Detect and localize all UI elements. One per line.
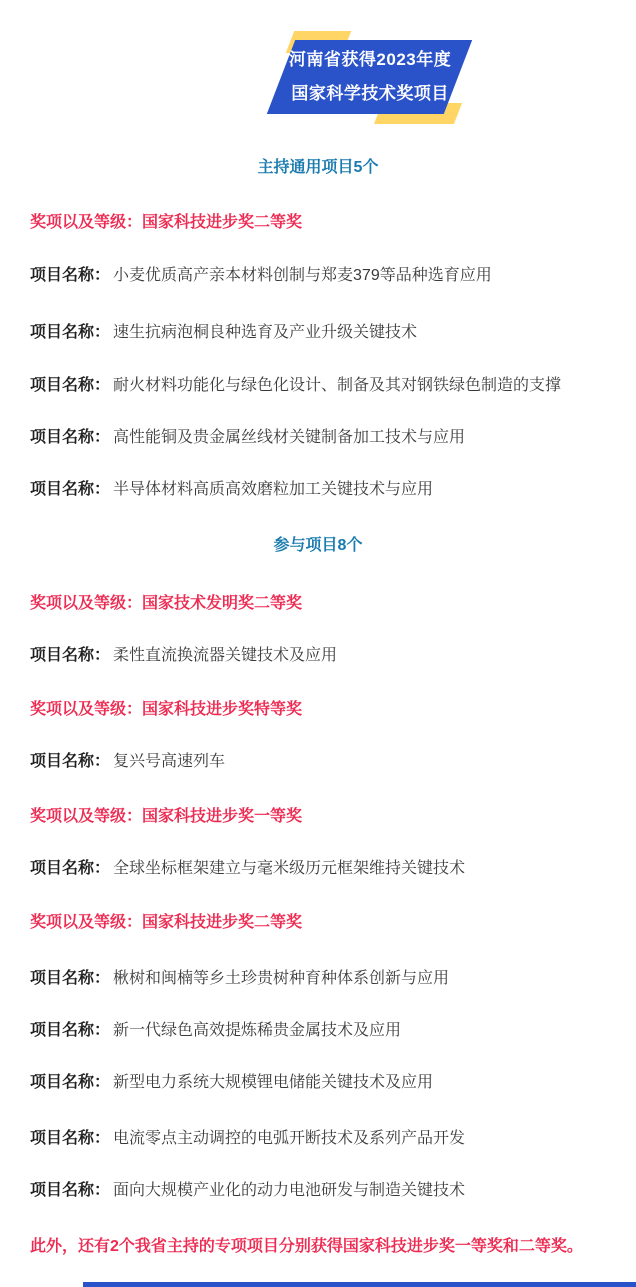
- article-page: { "colors": { "box_blue": "#2b53c9", "ac…: [0, 0, 636, 1287]
- project-label: 项目名称：: [30, 377, 113, 394]
- section1-heading: 主持通用项目5个: [0, 157, 636, 179]
- award-label: 奖项以及等级：: [30, 914, 142, 931]
- award-value: 国家科技进步奖特等奖: [142, 701, 302, 718]
- award-grade-line: 奖项以及等级：国家科技进步奖二等奖: [30, 212, 622, 234]
- project-label: 项目名称：: [30, 429, 113, 446]
- award-value: 国家科技进步奖一等奖: [142, 808, 302, 825]
- project-value: 高性能铜及贵金属丝线材关键制备加工技术与应用: [113, 429, 465, 446]
- project-label: 项目名称：: [30, 753, 113, 770]
- project-label: 项目名称：: [30, 1022, 113, 1039]
- project-label: 项目名称：: [30, 1074, 113, 1091]
- project-value: 新型电力系统大规模锂电储能关键技术及应用: [113, 1074, 433, 1091]
- title-text: 河南省获得2023年度 国家科学技术奖项目: [282, 40, 459, 111]
- award-label: 奖项以及等级：: [30, 214, 142, 231]
- project-value: 全球坐标框架建立与毫米级历元框架维持关键技术: [113, 860, 465, 877]
- project-name-line: 项目名称：新型电力系统大规模锂电储能关键技术及应用: [30, 1072, 622, 1094]
- award-label: 奖项以及等级：: [30, 595, 142, 612]
- project-name-line: 项目名称：柔性直流换流器关键技术及应用: [30, 645, 622, 667]
- project-label: 项目名称：: [30, 1130, 113, 1147]
- award-grade-line: 奖项以及等级：国家科技进步奖二等奖: [30, 912, 622, 934]
- project-name-line: 项目名称：全球坐标框架建立与毫米级历元框架维持关键技术: [30, 858, 622, 880]
- project-value: 耐火材料功能化与绿色化设计、制备及其对钢铁绿色制造的支撑: [113, 377, 561, 394]
- section2-heading: 参与项目8个: [0, 535, 636, 557]
- project-label: 项目名称：: [30, 970, 113, 987]
- project-name-line: 项目名称：速生抗病泡桐良种选育及产业升级关键技术: [30, 322, 622, 344]
- project-name-line: 项目名称：高性能铜及贵金属丝线材关键制备加工技术与应用: [30, 427, 622, 449]
- award-label: 奖项以及等级：: [30, 808, 142, 825]
- project-label: 项目名称：: [30, 324, 113, 341]
- title-banner: 河南省获得2023年度 国家科学技术奖项目: [267, 40, 472, 114]
- project-name-line: 项目名称：新一代绿色高效提炼稀贵金属技术及应用: [30, 1020, 622, 1042]
- project-value: 小麦优质高产亲本材料创制与郑麦379等品种选育应用: [113, 267, 492, 284]
- project-name-line: 项目名称：楸树和闽楠等乡土珍贵树种育种体系创新与应用: [30, 968, 622, 990]
- title-line1: 河南省获得2023年度: [282, 43, 459, 77]
- project-name-line: 项目名称：面向大规模产业化的动力电池研发与制造关键技术: [30, 1180, 622, 1202]
- project-label: 项目名称：: [30, 481, 113, 498]
- project-name-line: 项目名称：小麦优质高产亲本材料创制与郑麦379等品种选育应用: [30, 265, 622, 287]
- project-label: 项目名称：: [30, 860, 113, 877]
- project-label: 项目名称：: [30, 267, 113, 284]
- title-line2: 国家科学技术奖项目: [282, 77, 459, 111]
- project-value: 新一代绿色高效提炼稀贵金属技术及应用: [113, 1022, 401, 1039]
- project-value: 楸树和闽楠等乡土珍贵树种育种体系创新与应用: [113, 970, 449, 987]
- award-value: 国家技术发明奖二等奖: [142, 595, 302, 612]
- project-value: 复兴号高速列车: [113, 753, 225, 770]
- project-value: 半导体材料高质高效磨粒加工关键技术与应用: [113, 481, 433, 498]
- footer-note: 此外，还有2个我省主持的专项项目分别获得国家科技进步奖一等奖和二等奖。: [30, 1236, 622, 1258]
- project-name-line: 项目名称：半导体材料高质高效磨粒加工关键技术与应用: [30, 479, 622, 501]
- project-name-line: 项目名称：复兴号高速列车: [30, 751, 622, 773]
- award-grade-line: 奖项以及等级：国家科技进步奖特等奖: [30, 699, 622, 721]
- award-grade-line: 奖项以及等级：国家科技进步奖一等奖: [30, 806, 622, 828]
- project-name-line: 项目名称：耐火材料功能化与绿色化设计、制备及其对钢铁绿色制造的支撑: [30, 375, 622, 397]
- award-value: 国家科技进步奖二等奖: [142, 914, 302, 931]
- project-label: 项目名称：: [30, 647, 113, 664]
- award-label: 奖项以及等级：: [30, 701, 142, 718]
- project-value: 速生抗病泡桐良种选育及产业升级关键技术: [113, 324, 417, 341]
- project-value: 柔性直流换流器关键技术及应用: [113, 647, 337, 664]
- project-value: 面向大规模产业化的动力电池研发与制造关键技术: [113, 1182, 465, 1199]
- project-value: 电流零点主动调控的电弧开断技术及系列产品开发: [113, 1130, 465, 1147]
- award-value: 国家科技进步奖二等奖: [142, 214, 302, 231]
- award-grade-line: 奖项以及等级：国家技术发明奖二等奖: [30, 593, 622, 615]
- project-name-line: 项目名称：电流零点主动调控的电弧开断技术及系列产品开发: [30, 1128, 622, 1150]
- bottom-blue-bar: [83, 1282, 636, 1287]
- project-label: 项目名称：: [30, 1182, 113, 1199]
